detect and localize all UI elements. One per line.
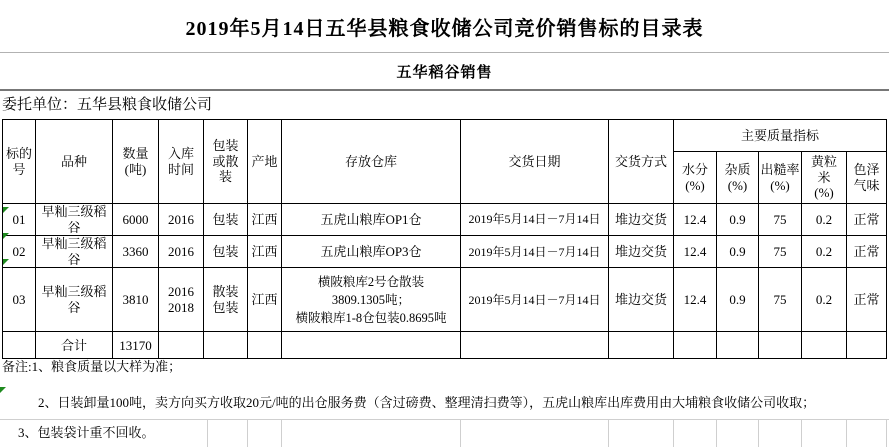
cell-bid-no: 03 <box>3 268 36 332</box>
col-header-brown-rice-rate: 出糙率 (%) <box>759 152 802 204</box>
cell-impurity: 0.9 <box>717 204 759 236</box>
green-flag-triangle-icon <box>3 207 9 213</box>
col-header-delivery-method: 交货方式 <box>609 120 674 204</box>
cell-origin: 江西 <box>248 204 282 236</box>
col-header-bid-no: 标的 号 <box>3 120 36 204</box>
cell-brown-rice-rate: 75 <box>759 268 802 332</box>
gridline-vertical <box>801 419 802 447</box>
cell-storage-time: 2016 <box>159 204 204 236</box>
gridline-vertical <box>207 419 208 447</box>
cell-impurity: 0.9 <box>717 236 759 268</box>
col-header-yellow-grain: 黄粒 米 (%) <box>802 152 847 204</box>
cell-delivery-method: 堆边交货 <box>609 236 674 268</box>
gridline-vertical <box>608 419 609 447</box>
cell-storage-time: 2016 2018 <box>159 268 204 332</box>
gridline-vertical <box>886 419 887 447</box>
cell-quantity: 6000 <box>113 204 159 236</box>
cell-warehouse: 五虎山粮库OP1仓 <box>282 204 461 236</box>
cell-color-odor: 正常 <box>847 268 887 332</box>
cell-color-odor: 正常 <box>847 204 887 236</box>
catalog-table: 标的 号 品种 数量 (吨) 入库 时间 包装 或散 装 产地 存放仓库 交货日… <box>2 119 887 359</box>
cell-moisture: 12.4 <box>674 236 717 268</box>
col-header-color-odor: 色泽 气味 <box>847 152 887 204</box>
col-header-origin: 产地 <box>248 120 282 204</box>
cell-brown-rice-rate: 75 <box>759 236 802 268</box>
table-row: 03 早籼三级稻谷 3810 2016 2018 散装 包装 江西 横陂粮库2号… <box>3 268 887 332</box>
cell-warehouse: 横陂粮库2号仓散装 3809.1305吨； 横陂粮库1-8仓包装0.8695吨 <box>282 268 461 332</box>
cell-moisture: 12.4 <box>674 204 717 236</box>
cell-variety: 早籼三级稻谷 <box>36 236 113 268</box>
gridline-vertical <box>673 419 674 447</box>
remark-line-1: 备注:1、粮食质量以大样为准； <box>2 348 882 386</box>
cell-quantity: 3360 <box>113 236 159 268</box>
cell-delivery-date: 2019年5月14日－7月14日 <box>461 236 609 268</box>
cell-moisture: 12.4 <box>674 268 717 332</box>
gridline-vertical <box>846 419 847 447</box>
green-flag-triangle-icon <box>0 387 6 393</box>
col-header-quantity: 数量 (吨) <box>113 120 159 204</box>
cell-variety: 早籼三级稻谷 <box>36 204 113 236</box>
cell-warehouse: 五虎山粮库OP3仓 <box>282 236 461 268</box>
cell-brown-rice-rate: 75 <box>759 204 802 236</box>
cell-delivery-date: 2019年5月14日－7月14日 <box>461 268 609 332</box>
cell-yellow-grain: 0.2 <box>802 204 847 236</box>
cell-variety: 早籼三级稻谷 <box>36 268 113 332</box>
gridline-vertical <box>758 419 759 447</box>
col-header-quality-group: 主要质量指标 <box>674 120 887 152</box>
cell-delivery-method: 堆边交货 <box>609 204 674 236</box>
cell-yellow-grain: 0.2 <box>802 268 847 332</box>
cell-packing: 包装 <box>204 236 248 268</box>
cell-delivery-method: 堆边交货 <box>609 268 674 332</box>
cell-yellow-grain: 0.2 <box>802 236 847 268</box>
table-row: 01 早籼三级稻谷 6000 2016 包装 江西 五虎山粮库OP1仓 2019… <box>3 204 887 236</box>
page-subtitle: 五华稻谷销售 <box>0 53 889 89</box>
cell-delivery-date: 2019年5月14日－7月14日 <box>461 204 609 236</box>
green-flag-triangle-icon <box>3 259 9 265</box>
cell-color-odor: 正常 <box>847 236 887 268</box>
cell-origin: 江西 <box>248 268 282 332</box>
header-row-1: 标的 号 品种 数量 (吨) 入库 时间 包装 或散 装 产地 存放仓库 交货日… <box>3 120 887 152</box>
spreadsheet-page: 2019年5月14日五华县粮食收储公司竞价销售标的目录表 五华稻谷销售 委托单位… <box>0 0 889 447</box>
col-header-impurity: 杂质 (%) <box>717 152 759 204</box>
table-row: 02 早籼三级稻谷 3360 2016 包装 江西 五虎山粮库OP3仓 2019… <box>3 236 887 268</box>
col-header-moisture: 水分 (%) <box>674 152 717 204</box>
col-header-storage-time: 入库 时间 <box>159 120 204 204</box>
cell-packing: 包装 <box>204 204 248 236</box>
entrust-unit-line: 委托单位：五华县粮食收储公司 <box>2 91 602 119</box>
gridline-vertical <box>460 419 461 447</box>
remark-line-3: 3、包装袋计重不回收。 <box>18 419 878 447</box>
cell-quantity: 3810 <box>113 268 159 332</box>
gridline-vertical <box>281 419 282 447</box>
cell-packing: 散装 包装 <box>204 268 248 332</box>
col-header-packing: 包装 或散 装 <box>204 120 248 204</box>
gridline-horizontal <box>0 419 889 420</box>
cell-origin: 江西 <box>248 236 282 268</box>
cell-impurity: 0.9 <box>717 268 759 332</box>
remark-line-2: 2、日装卸量100吨，卖方向买方收取20元/吨的出仓服务费（含过磅费、整理清扫费… <box>38 386 888 419</box>
col-header-delivery-date: 交货日期 <box>461 120 609 204</box>
gridline-vertical <box>716 419 717 447</box>
col-header-warehouse: 存放仓库 <box>282 120 461 204</box>
gridline-vertical <box>247 419 248 447</box>
green-flag-triangle-icon <box>3 233 9 239</box>
cell-storage-time: 2016 <box>159 236 204 268</box>
col-header-variety: 品种 <box>36 120 113 204</box>
page-title: 2019年5月14日五华县粮食收储公司竞价销售标的目录表 <box>0 0 889 52</box>
